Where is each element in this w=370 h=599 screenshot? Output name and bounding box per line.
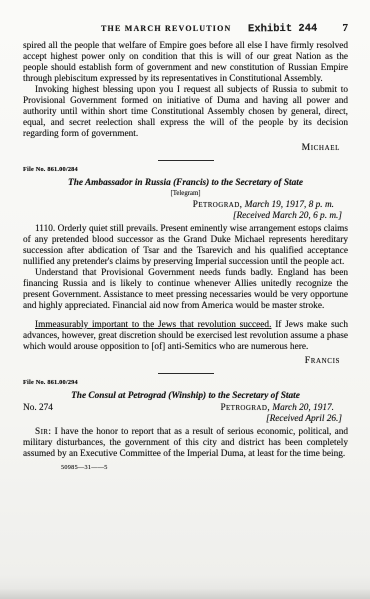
winship-file-number: File No. 861.00/294	[23, 379, 348, 386]
dateline-place: Petrograd,	[193, 200, 243, 210]
francis-dateline: Petrograd, March 19, 1917, 8 p. m.	[23, 200, 348, 211]
telegram-label: [Telegram]	[23, 190, 348, 197]
francis-received-line: [Received March 20, 6 p. m.]	[23, 211, 348, 222]
section-divider	[158, 160, 214, 161]
dateline-date: March 20, 1917.	[270, 403, 334, 413]
paragraph-body: I have the honor to report that as a res…	[23, 427, 348, 459]
printers-mark: 50985—31——5	[61, 464, 348, 471]
michael-signature: Michael	[23, 142, 348, 153]
page-header: THE MARCH REVOLUTION Exhibit 244 7	[23, 22, 348, 35]
scanned-document-page: THE MARCH REVOLUTION Exhibit 244 7 spire…	[0, 0, 370, 599]
winship-paragraph-1: Sir: I have the honor to report that as …	[23, 427, 348, 460]
page-number: 7	[343, 22, 349, 34]
scan-edge-artifact	[0, 589, 370, 599]
winship-number-dateline-row: No. 274 Petrograd, March 20, 1917.	[23, 403, 348, 414]
michael-declaration-paragraph-1: spired all the people that welfare of Em…	[23, 41, 348, 85]
francis-telegram-heading: The Ambassador in Russia (Francis) to th…	[23, 178, 348, 188]
winship-dateline: Petrograd, March 20, 1917.	[53, 403, 348, 414]
exhibit-stamp: Exhibit 244	[247, 23, 316, 36]
running-title: THE MARCH REVOLUTION	[101, 24, 232, 33]
winship-despatch-heading: The Consul at Petrograd (Winship) to the…	[23, 391, 348, 401]
michael-declaration-paragraph-2: Invoking highest blessing upon you I req…	[23, 85, 348, 140]
winship-received-line: [Received April 26.]	[23, 414, 348, 425]
francis-signature: Francis	[23, 355, 348, 366]
francis-paragraph-2: Understand that Provisional Government n…	[23, 268, 348, 312]
underlined-sentence: Immeasurably important to the Jews that …	[35, 320, 271, 330]
salutation: Sir:	[35, 427, 51, 437]
despatch-number: No. 274	[23, 403, 53, 413]
dateline-date: March 19, 1917, 8 p. m.	[242, 200, 334, 210]
francis-file-number: File No. 861.00/284	[23, 166, 348, 173]
page-content: THE MARCH REVOLUTION Exhibit 244 7 spire…	[23, 22, 348, 471]
francis-paragraph-1: 1110. Orderly quiet still prevails. Pres…	[23, 224, 348, 268]
dateline-place: Petrograd,	[220, 403, 270, 413]
francis-paragraph-3: Immeasurably important to the Jews that …	[23, 320, 348, 353]
section-divider	[158, 373, 214, 374]
